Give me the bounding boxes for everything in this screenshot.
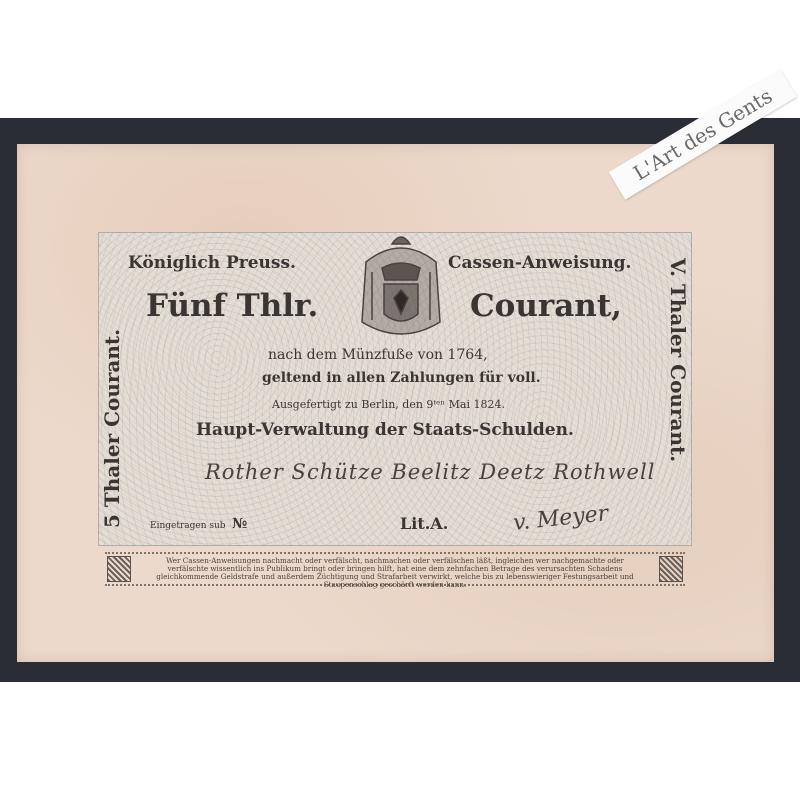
- header-left-text: Königlich Preuss.: [128, 253, 296, 273]
- registered-label: Eingetragen sub: [150, 521, 226, 531]
- lit-label: Lit.A.: [400, 514, 448, 533]
- number-label: №: [232, 516, 247, 532]
- validity-line: geltend in allen Zahlungen für voll.: [262, 370, 541, 386]
- ornament-icon: [659, 556, 683, 582]
- header-right-text: Cassen-Anweisung.: [448, 253, 631, 273]
- issue-date-line: Ausgefertigt zu Berlin, den 9ᵗᵉⁿ Mai 182…: [272, 398, 505, 411]
- official-signatures: Rother Schütze Beelitz Deetz Rothwell: [205, 460, 655, 484]
- warning-footer: Wer Cassen-Anweisungen nachmacht oder ve…: [105, 552, 685, 586]
- standard-line: nach dem Münzfuße von 1764,: [268, 347, 488, 363]
- warning-text: Wer Cassen-Anweisungen nachmacht oder ve…: [153, 557, 637, 589]
- ornament-icon: [107, 556, 131, 582]
- currency-text: Courant,: [470, 288, 622, 324]
- side-text-left: 5 Thaler Courant.: [100, 329, 124, 528]
- coat-of-arms-icon: [352, 228, 450, 346]
- authority-line: Haupt-Verwaltung der Staats-Schulden.: [196, 420, 574, 440]
- denomination-text: Fünf Thlr.: [146, 288, 318, 324]
- side-text-right: V. Thaler Courant.: [666, 258, 690, 462]
